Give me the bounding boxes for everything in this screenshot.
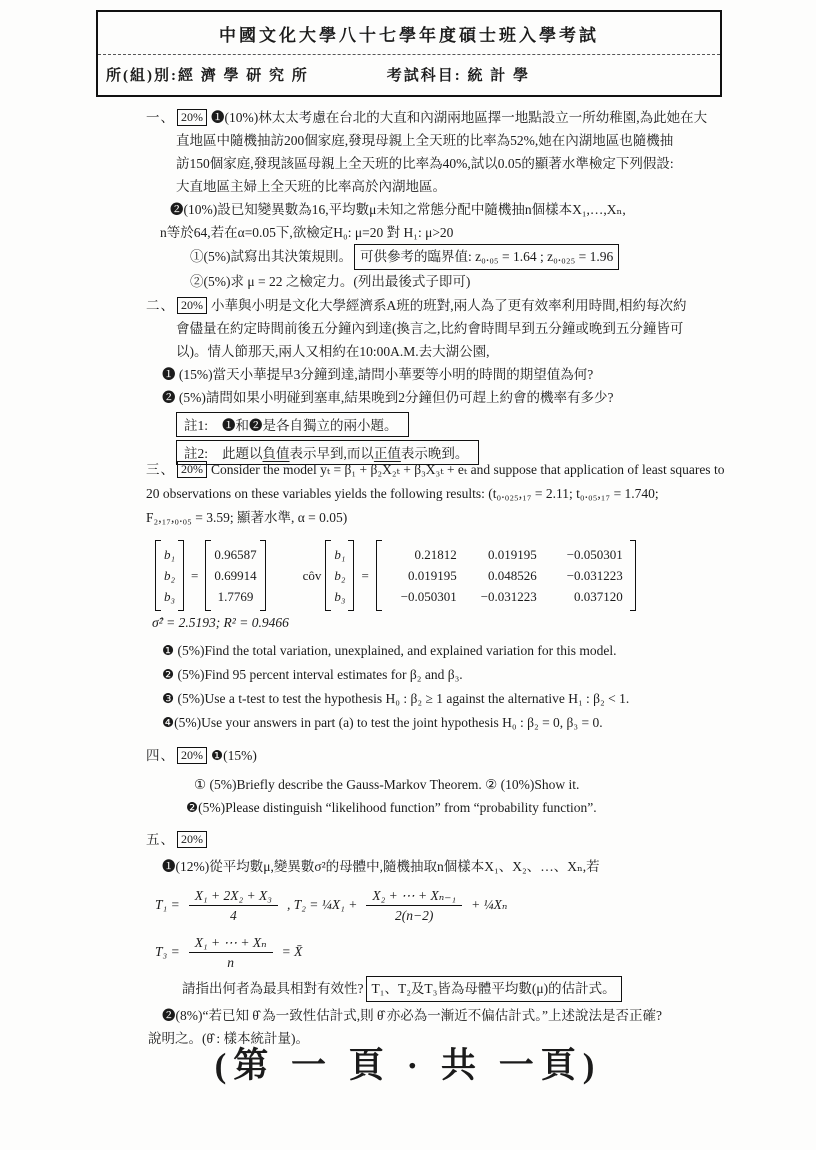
question-1-line: ❶(10%)林太太考慮在台北的大直和內湖兩地區擇一地點設立一所幼稚園,為此她在大	[211, 110, 707, 125]
matrix-cell: b₃	[334, 586, 345, 607]
footer-page-label: (第 一 頁 · 共 一頁)	[0, 1038, 816, 1088]
matrix-cell: −0.031223	[461, 586, 541, 607]
matrix-cell: 0.037120	[541, 586, 627, 607]
t3-denominator: n	[227, 953, 234, 971]
question-3-score-badge: 20%	[177, 461, 207, 478]
covariance-matrix: 0.21812 0.019195 −0.050301 0.019195 0.04…	[376, 540, 636, 611]
question-3-number: 三、	[146, 462, 175, 477]
cov-argument-matrix: b₁ b₂ b₃	[325, 540, 354, 611]
question-2: 二、20%小華與小明是文化大學經濟系A班的班對,兩人為了更有效率利用時間,相約每…	[146, 294, 750, 465]
t1-fraction: X₁ + 2X₂ + X₃ 4	[189, 887, 278, 924]
subject-label: 考試科目:	[387, 68, 462, 84]
question-3-item: ❸ (5%)Use a t-test to test the hypothesi…	[162, 687, 750, 711]
t1-t2-formula: T₁ = X₁ + 2X₂ + X₃ 4 , T₂ = ¼X₁ + X₂ + ⋯…	[150, 884, 750, 926]
note-1-label: 註1:	[184, 418, 208, 433]
question-3-line: F₂,₁₇,₀.₀₅ = 3.59; 顯著水準, α = 0.05)	[146, 506, 750, 530]
question-3-line: 20 observations on these variables yield…	[146, 482, 750, 506]
question-5-ask: 請指出何者為最具相對有效性?T₁、T₂及T₃皆為母體平均數(μ)的估計式。	[182, 976, 750, 1002]
b-vector-matrix: b₁ b₂ b₃	[155, 540, 184, 611]
matrix-cell: −0.050301	[385, 586, 461, 607]
question-4-head-text: ❶(15%)	[211, 748, 257, 763]
matrix-cell: 0.019195	[461, 544, 541, 565]
matrix-cell: −0.050301	[541, 544, 627, 565]
question-1: 一、20%❶(10%)林太太考慮在台北的大直和內湖兩地區擇一地點設立一所幼稚園,…	[146, 106, 750, 293]
question-5-ask-text: 請指出何者為最具相對有效性?	[182, 981, 364, 996]
question-2-number: 二、	[146, 298, 175, 313]
matrix-cell: 0.69914	[214, 565, 256, 586]
question-2-line: 以)。情人節那天,兩人又相約在10:00A.M.去大湖公園,	[176, 340, 750, 363]
department-field: 所(組)別:經 濟 學 研 究 所	[106, 64, 309, 85]
matrix-cell: b₁	[334, 544, 345, 565]
question-3-head: 三、20%Consider the model yₜ = β₁ + β₂X₂ₜ …	[146, 458, 750, 482]
matrix-cell: 0.96587	[214, 544, 256, 565]
equals-sign: =	[361, 568, 368, 584]
estimator-note-box: T₁、T₂及T₃皆為母體平均數(μ)的估計式。	[366, 976, 622, 1002]
exam-page: 中國文化大學八十七學年度碩士班入學考試 所(組)別:經 濟 學 研 究 所 考試…	[0, 0, 816, 1150]
question-3-item: ❷ (5%)Find 95 percent interval estimates…	[162, 663, 750, 687]
question-4-score-badge: 20%	[177, 747, 207, 764]
t3-fraction: X₁ + ⋯ + Xₙ n	[189, 934, 273, 971]
question-2-item: ❶ (15%)當天小華提早3分鐘到達,請問小華要等小明的時間的期望值為何?	[162, 363, 750, 386]
t1-lhs: T₁ =	[155, 897, 180, 913]
question-3: 三、20%Consider the model yₜ = β₁ + β₂X₂ₜ …	[146, 458, 750, 735]
equals-sign: =	[191, 568, 198, 584]
question-4-number: 四、	[146, 748, 175, 763]
t3-formula: T₃ = X₁ + ⋯ + Xₙ n = X̄	[150, 932, 750, 972]
b-values-matrix: 0.96587 0.69914 1.7769	[205, 540, 265, 611]
coefficient-equation: b₁ b₂ b₃ = 0.96587 0.69914 1.7769 côv b₁…	[152, 540, 750, 611]
t2-lhs: , T₂ = ¼X₁ +	[287, 897, 357, 913]
question-5-number: 五、	[146, 832, 175, 847]
t1-numerator: X₁ + 2X₂ + X₃	[189, 887, 278, 906]
t2-fraction: X₂ + ⋯ + Xₙ₋₁ 2(n−2)	[366, 887, 462, 924]
question-1-part2-line: ❷(10%)設已知變異數為16,平均數μ未知之常態分配中隨機抽n個樣本X₁,…,…	[170, 198, 750, 221]
question-5-score-badge: 20%	[177, 831, 207, 848]
question-1-head: 一、20%❶(10%)林太太考慮在台北的大直和內湖兩地區擇一地點設立一所幼稚園,…	[146, 106, 750, 129]
question-1-line: 訪150個家庭,發現該區母親上全天班的比率為40%,試以0.05的顯著水準檢定下…	[176, 152, 750, 175]
question-2-score-badge: 20%	[177, 297, 207, 314]
matrix-cell: b₃	[164, 586, 175, 607]
matrix-cell: b₂	[334, 565, 345, 586]
question-1-line: 直地區中隨機抽訪200個家庭,發現母親上全天班的比率為52%,她在內湖地區也隨機…	[176, 129, 750, 152]
question-4-item: ① (5%)Briefly describe the Gauss-Markov …	[194, 773, 750, 796]
sigma-rsquared-line: σ̂² = 2.5193; R² = 0.9466	[152, 615, 750, 631]
department-label: 所(組)別:	[106, 68, 178, 84]
note-1-text: ❶和❷是各自獨立的兩小題。	[222, 418, 398, 433]
matrix-cell: −0.031223	[541, 565, 627, 586]
critical-values-box: 可供參考的臨界值: z₀.₀₅ = 1.64 ; z₀.₀₂₅ = 1.96	[354, 244, 619, 270]
question-1-sub2: ②(5%)求 μ = 22 之檢定力。(列出最後式子即可)	[190, 270, 750, 293]
question-3-line: Consider the model yₜ = β₁ + β₂X₂ₜ + β₃X…	[211, 462, 724, 477]
subject-value: 統 計 學	[468, 68, 531, 84]
question-5: 五、20% ❶(12%)從平均數μ,變異數σ²的母體中,隨機抽取n個樣本X₁、X…	[146, 828, 750, 1050]
question-1-sub1-text: ①(5%)試寫出其決策規則。	[190, 249, 352, 264]
t2-tail: + ¼Xₙ	[471, 897, 507, 913]
department-value: 經 濟 學 研 究 所	[178, 68, 309, 84]
exam-header-row: 所(組)別:經 濟 學 研 究 所 考試科目: 統 計 學	[98, 54, 720, 95]
t3-tail: = X̄	[282, 944, 303, 960]
question-2-note1-row: 註1:❶和❷是各自獨立的兩小題。	[176, 409, 750, 437]
question-3-item: ❶ (5%)Find the total variation, unexplai…	[162, 639, 750, 663]
question-2-item: ❷ (5%)請問如果小明碰到塞車,結果晚到2分鐘但仍可趕上約會的機率有多少?	[162, 386, 750, 409]
t3-lhs: T₃ =	[155, 944, 180, 960]
question-1-sub1: ①(5%)試寫出其決策規則。可供參考的臨界值: z₀.₀₅ = 1.64 ; z…	[190, 244, 750, 270]
question-5-item: ❷(8%)“若已知 θ̂ 為一致性估計式,則 θ̂ 亦必為一漸近不偏估計式。”上…	[162, 1004, 750, 1027]
matrix-cell: b₁	[164, 544, 175, 565]
matrix-cell: 0.019195	[385, 565, 461, 586]
question-5-intro: ❶(12%)從平均數μ,變異數σ²的母體中,隨機抽取n個樣本X₁、X₂、…、Xₙ…	[162, 855, 750, 878]
matrix-cell: b₂	[164, 565, 175, 586]
question-3-item: ❹(5%)Use your answers in part (a) to tes…	[162, 711, 750, 735]
question-1-line: 大直地區主婦上全天班的比率高於內湖地區。	[176, 175, 750, 198]
t1-denominator: 4	[230, 906, 237, 924]
question-4-item: ❷(5%)Please distinguish “likelihood func…	[186, 796, 750, 819]
question-4-head: 四、20%❶(15%)	[146, 744, 750, 767]
question-1-part2-line: n等於64,若在α=0.05下,欲檢定H₀: μ=20 對 H₁: μ>20	[160, 221, 750, 244]
exam-header-box: 中國文化大學八十七學年度碩士班入學考試 所(組)別:經 濟 學 研 究 所 考試…	[96, 10, 722, 97]
matrix-cell: 1.7769	[214, 586, 256, 607]
matrix-cell: 0.21812	[385, 544, 461, 565]
question-5-head: 五、20%	[146, 828, 750, 851]
question-2-head: 二、20%小華與小明是文化大學經濟系A班的班對,兩人為了更有效率利用時間,相約每…	[146, 294, 750, 317]
subject-field: 考試科目: 統 計 學	[387, 64, 530, 85]
question-1-number: 一、	[146, 110, 175, 125]
matrix-cell: 0.048526	[461, 565, 541, 586]
t2-numerator: X₂ + ⋯ + Xₙ₋₁	[366, 887, 462, 906]
t3-numerator: X₁ + ⋯ + Xₙ	[189, 934, 273, 953]
question-1-score-badge: 20%	[177, 109, 207, 126]
question-2-line: 會儘量在約定時間前後五分鐘內到達(換言之,比約會時間早到五分鐘或晚到五分鐘皆可	[176, 317, 750, 340]
exam-title: 中國文化大學八十七學年度碩士班入學考試	[98, 12, 720, 54]
cov-operator-label: côv	[303, 568, 322, 584]
note-1-box: 註1:❶和❷是各自獨立的兩小題。	[176, 412, 409, 437]
question-4: 四、20%❶(15%) ① (5%)Briefly describe the G…	[146, 744, 750, 819]
question-2-line: 小華與小明是文化大學經濟系A班的班對,兩人為了更有效率利用時間,相約每次約	[211, 298, 687, 313]
t2-denominator: 2(n−2)	[395, 906, 433, 924]
